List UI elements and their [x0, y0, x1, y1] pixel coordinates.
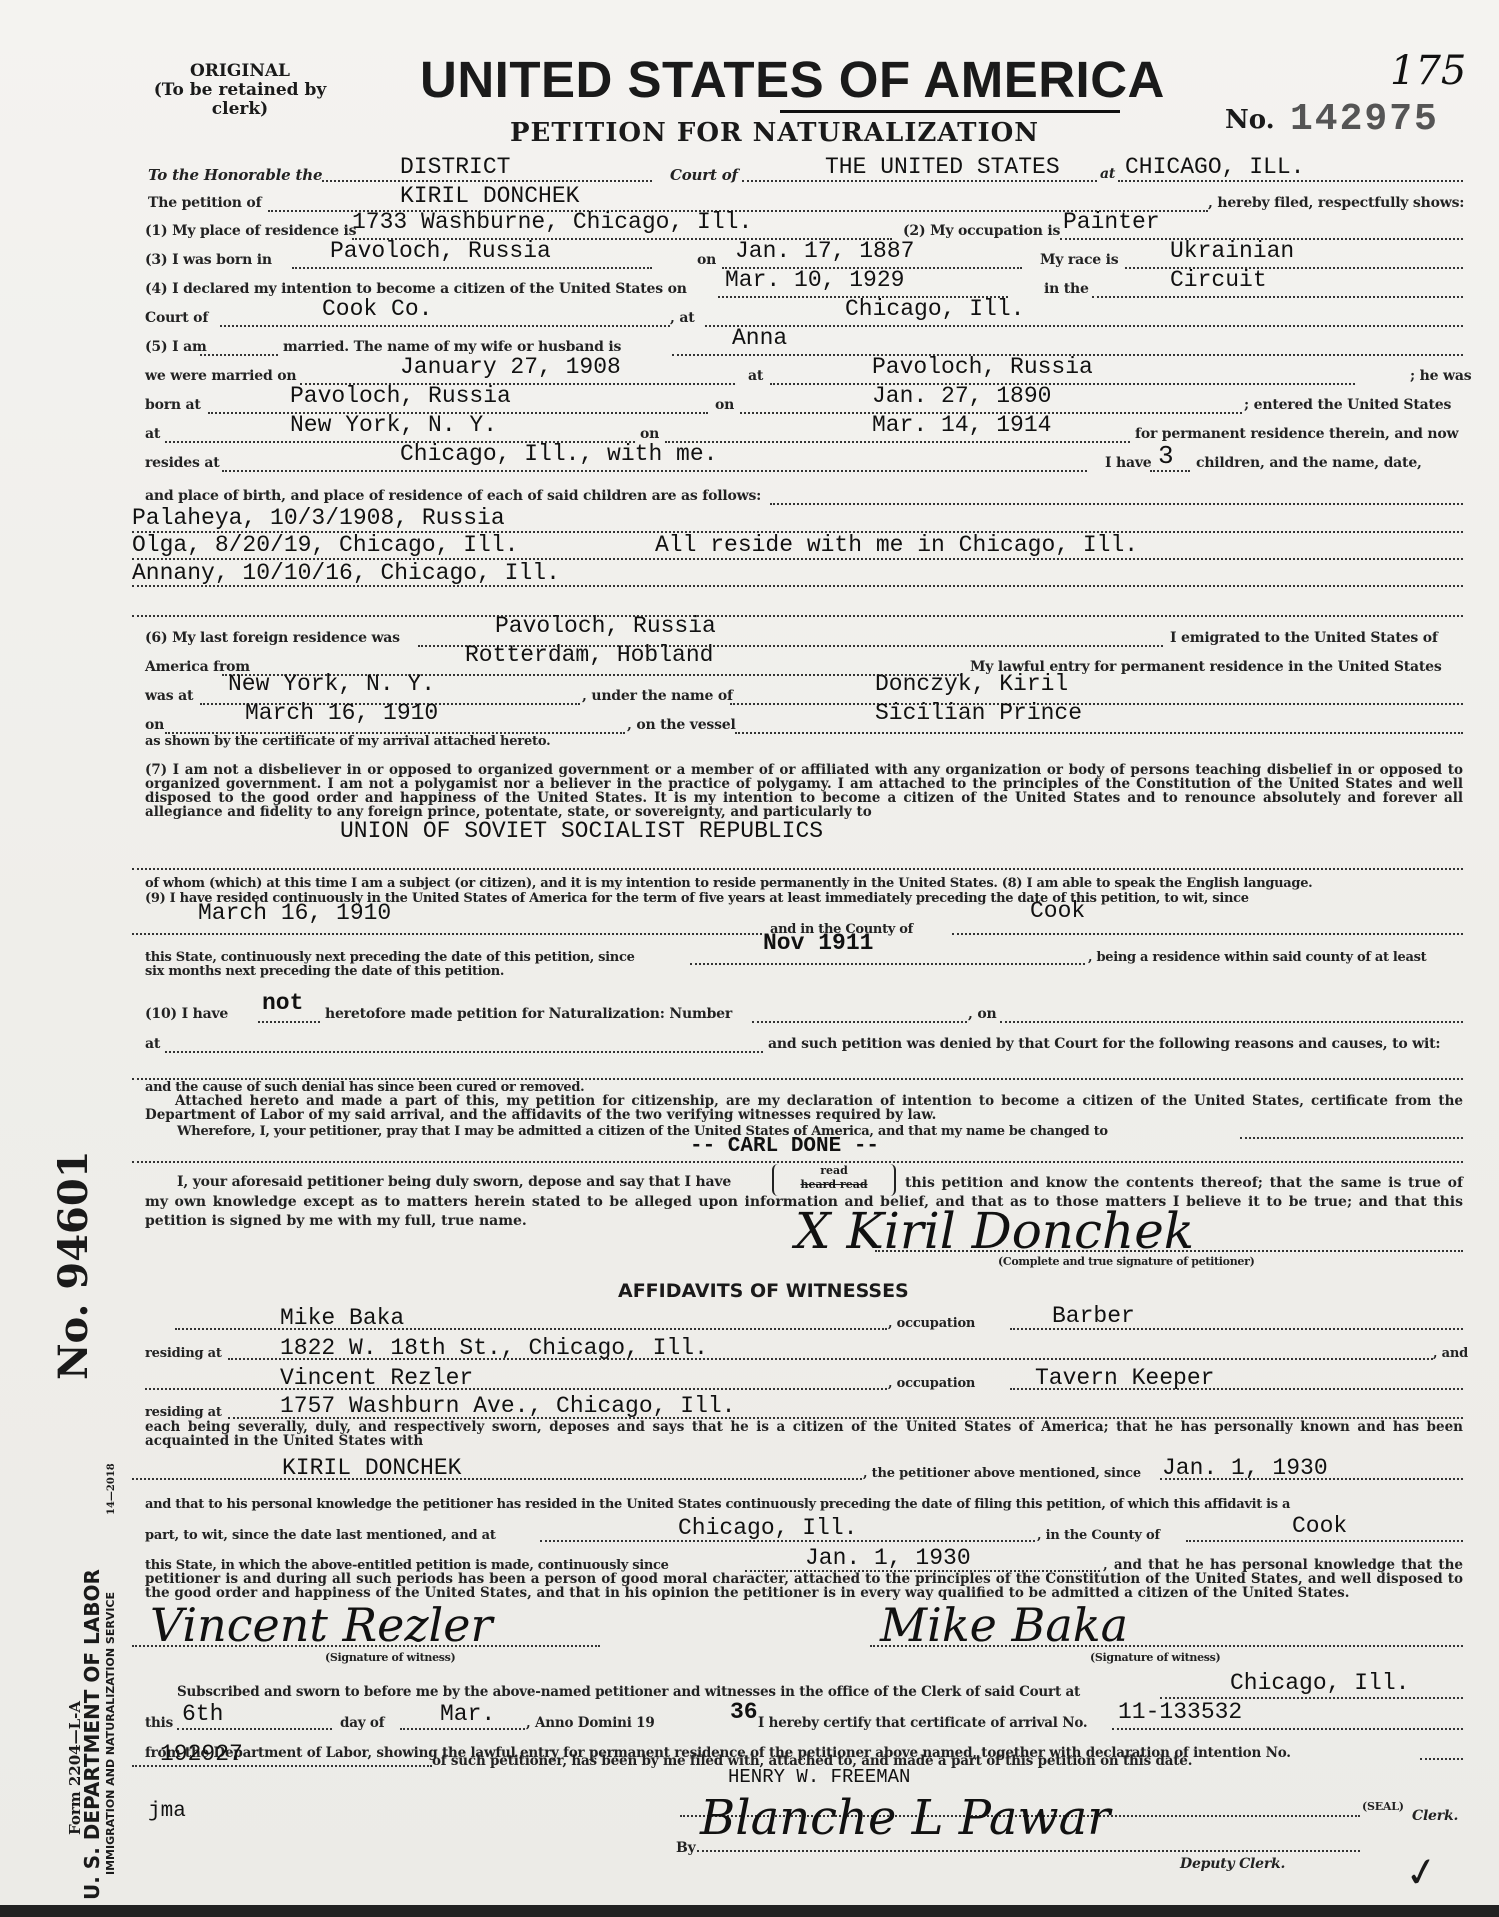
entry-date-value: March 16, 1910: [245, 700, 438, 726]
print-code: 14—2018: [106, 1463, 117, 1515]
spouse-entry-place-value: New York, N. Y.: [290, 412, 497, 438]
witness-caption-1: (Signature of witness): [325, 1650, 455, 1665]
witness-signature-mike: Mike Baka: [880, 1598, 1128, 1652]
last-residence-value: Pavoloch, Russia: [495, 613, 716, 639]
married-on-label: we were married on: [145, 368, 296, 384]
witness-1-residence: 1822 W. 18th St., Chicago, Ill.: [280, 1335, 708, 1361]
witness-1-name: Mike Baka: [280, 1305, 404, 1331]
spouse-birth-date-value: Jan. 27, 1890: [872, 383, 1051, 409]
birthplace-value: Pavoloch, Russia: [330, 238, 551, 264]
six-months-label: six months next preceding the date of th…: [145, 964, 504, 979]
marriage-date-value: January 27, 1908: [400, 354, 621, 380]
certificate-label: as shown by the certificate of my arriva…: [145, 734, 550, 749]
sworn-paragraph: each being severally, duly, and respecti…: [145, 1420, 1463, 1448]
child-1: Palaheya, 10/3/1908, Russia: [132, 505, 505, 531]
prior-petition-value: not: [262, 990, 303, 1016]
month-value: Mar.: [440, 1701, 495, 1727]
children-residence-note: All reside with me in Chicago, Ill.: [655, 532, 1138, 558]
character-text: , and that he has personal knowledge tha…: [145, 1558, 1463, 1600]
spouse-name-value: Anna: [732, 325, 787, 351]
am-label: (5) I am: [145, 339, 207, 355]
residence-within-label: , being a residence within said county o…: [1088, 950, 1426, 965]
born-in-label: (3) I was born in: [145, 252, 272, 268]
new-name-value: -- CARL DONE --: [690, 1135, 879, 1158]
witness-2-residing-label: residing at: [145, 1405, 222, 1420]
anno-domini-label: , Anno Domini 19: [526, 1715, 655, 1731]
part-label: part, to wit, since the date last mentio…: [145, 1528, 496, 1543]
witness-2-name: Vincent Rezler: [280, 1365, 473, 1391]
on-label: on: [697, 252, 716, 268]
title-rule: [780, 110, 1120, 113]
sovereign-value: UNION OF SOVIET SOCIALIST REPUBLICS: [340, 818, 823, 844]
spouse-residence-value: Chicago, Ill., with me.: [400, 441, 717, 467]
declaration-court-value: Circuit: [1170, 267, 1267, 293]
petition-number: 142975: [1290, 98, 1439, 141]
this-label: this: [145, 1715, 173, 1731]
clerk-name: HENRY W. FREEMAN: [728, 1766, 910, 1788]
by-label: By: [676, 1840, 696, 1856]
affidavit-county-label: , in the County of: [1037, 1528, 1160, 1543]
vessel-value: Sicilian Prince: [875, 700, 1082, 726]
children-count-value: 3: [1158, 441, 1174, 471]
witness-caption-2: (Signature of witness): [1090, 1650, 1220, 1665]
clerk-initials: jma: [148, 1800, 186, 1823]
stub-number: No. 94601: [50, 1150, 97, 1380]
entry-at-label: at: [145, 426, 160, 442]
emigrated-label: I emigrated to the United States of: [1170, 630, 1438, 646]
day-value: 6th: [182, 1701, 223, 1727]
witness-2-residence: 1757 Washburn Ave., Chicago, Ill.: [280, 1393, 735, 1419]
declaration-city-value: Chicago, Ill.: [845, 296, 1024, 322]
under-name-label: , under the name of: [582, 688, 733, 704]
affidavit-county-value: Cook: [1292, 1513, 1347, 1539]
jurat-location-value: Chicago, Ill.: [1230, 1670, 1409, 1696]
honorable-label: To the Honorable the: [148, 166, 322, 184]
court-location: CHICAGO, ILL.: [1125, 154, 1304, 180]
deputy-clerk-signature: Blanche L Pawar: [700, 1790, 1110, 1846]
spouse-born-on-label: on: [715, 397, 734, 413]
seal-label: (SEAL): [1362, 1800, 1404, 1813]
spouse-born-label: born at: [145, 397, 201, 413]
declared-label: (4) I declared my intention to become a …: [145, 281, 687, 297]
day-of-label: day of: [340, 1715, 384, 1731]
married-label: married. The name of my wife or husband …: [283, 339, 621, 355]
entry-on-label-2: on: [145, 717, 164, 733]
filed-label: , hereby filed, respectfully shows:: [1208, 195, 1464, 211]
state-since-value: Nov 1911: [763, 930, 873, 956]
and-label: , and: [1433, 1346, 1468, 1361]
occupation-value: Painter: [1063, 209, 1160, 235]
wherefore-paragraph: Wherefore, I, your petitioner, pray that…: [177, 1124, 1108, 1139]
document-subtitle: PETITION FOR NATURALIZATION: [510, 118, 1039, 148]
naturalization-petition-page: ORIGINAL (To be retained by clerk) UNITE…: [0, 0, 1499, 1917]
allegiance-paragraph: (7) I am not a disbeliever in or opposed…: [145, 763, 1463, 819]
child-3: Annany, 10/10/16, Chicago, Ill.: [132, 560, 560, 586]
deputy-clerk-label: Deputy Clerk.: [1180, 1856, 1285, 1872]
occupation-label: (2) My occupation is: [903, 223, 1060, 239]
attached-paragraph: Attached hereto and made a part of this,…: [145, 1094, 1463, 1122]
prior-at-label: at: [145, 1036, 160, 1052]
year-value: 36: [730, 1699, 758, 1725]
spouse-entry-date-value: Mar. 14, 1914: [872, 412, 1051, 438]
court-of-label-2: Court of: [145, 310, 208, 326]
heretofore-label: heretofore made petition for Naturalizat…: [325, 1006, 732, 1022]
resided-at-value: Chicago, Ill.: [678, 1515, 857, 1541]
checkmark-icon: ✓: [1401, 1847, 1442, 1898]
resides-label: resides at: [145, 455, 219, 471]
witness-2-occupation: Tavern Keeper: [1035, 1365, 1214, 1391]
entered-label: ; entered the United States: [1244, 397, 1451, 413]
petition-of-label: The petition of: [148, 195, 261, 211]
resided-since-value: March 16, 1910: [198, 900, 391, 926]
witness-signature-vincent: Vincent Rezler: [150, 1598, 492, 1652]
affidavit-petitioner-name: KIRIL DONCHEK: [282, 1455, 461, 1481]
clerk-label: Clerk.: [1412, 1808, 1458, 1824]
original-block: ORIGINAL (To be retained by clerk): [150, 62, 330, 119]
witness-1-occupation: Barber: [1052, 1303, 1135, 1329]
denied-label: and such petition was denied by that Cou…: [768, 1036, 1440, 1052]
knowledge-line: and that to his personal knowledge the p…: [145, 1497, 1463, 1512]
petitioner-signature-caption: (Complete and true signature of petition…: [998, 1254, 1255, 1269]
witness-1-occupation-label: , occupation: [888, 1316, 975, 1331]
known-since-value: Jan. 1, 1930: [1162, 1455, 1328, 1481]
court-of-label: Court of: [670, 166, 738, 184]
petitioner-name: KIRIL DONCHEK: [400, 183, 579, 209]
residence-label: (1) My place of residence is: [145, 223, 356, 239]
in-the-label: in the: [1044, 281, 1089, 297]
have-label: I have: [1105, 455, 1152, 471]
at-label: at: [1100, 166, 1115, 182]
prior-have-label: (10) I have: [145, 1006, 228, 1022]
court-type: DISTRICT: [400, 154, 510, 180]
witness-1-residing-label: residing at: [145, 1346, 222, 1361]
county-value: Cook: [1030, 898, 1085, 924]
was-at-label: was at: [145, 688, 193, 704]
emigrated-from-value: Rotterdam, Hobland: [465, 642, 713, 668]
service-name: IMMIGRATION AND NATURALIZATION SERVICE: [104, 1592, 117, 1875]
entry-port-value: New York, N. Y.: [228, 671, 435, 697]
last-residence-label: (6) My last foreign residence was: [145, 630, 400, 646]
children-intro: and place of birth, and place of residen…: [145, 488, 761, 504]
marriage-at-label: at: [748, 368, 763, 384]
subject-line: of whom (which) at this time I am a subj…: [145, 876, 1463, 891]
no-label: No.: [1225, 105, 1275, 135]
birth-date-value: Jan. 17, 1887: [735, 238, 914, 264]
declaration-county-value: Cook Co.: [322, 296, 432, 322]
race-label: My race is: [1040, 252, 1118, 268]
declaration-date-value: Mar. 10, 1929: [725, 267, 904, 293]
certificate-no-value: 11-133532: [1118, 1699, 1242, 1725]
original-note: (To be retained by clerk): [150, 81, 330, 119]
department-name: U. S. DEPARTMENT OF LABOR: [80, 1569, 104, 1900]
declaration-no-value: 192927: [160, 1741, 243, 1767]
at-label-2: , at: [670, 310, 695, 326]
vessel-label: , on the vessel: [627, 717, 736, 733]
original-label: ORIGINAL: [150, 62, 330, 81]
witness-2-occupation-label: , occupation: [888, 1376, 975, 1391]
child-2: Olga, 8/20/19, Chicago, Ill.: [132, 532, 518, 558]
entry-on-label: on: [640, 426, 659, 442]
children-label: children, and the name, date,: [1196, 455, 1422, 471]
permanent-label: for permanent residence therein, and now: [1135, 426, 1458, 442]
certify-label: I hereby certify that certificate of arr…: [758, 1715, 1087, 1731]
scan-bottom-edge: [0, 1905, 1499, 1917]
prior-on-label: , on: [968, 1006, 996, 1022]
court-name: THE UNITED STATES: [825, 154, 1060, 180]
state-since-label: this State, continuously next preceding …: [145, 950, 635, 965]
he-was-label: ; he was: [1410, 368, 1471, 384]
entry-name-value: Donczyk, Kiril: [875, 671, 1068, 697]
document-title: UNITED STATES OF AMERICA: [420, 50, 1165, 109]
subscribed-label: Subscribed and sworn to before me by the…: [177, 1684, 1080, 1700]
affidavits-title: AFFIDAVITS OF WITNESSES: [618, 1280, 909, 1302]
residence-value: 1733 Washburne, Chicago, Ill.: [352, 209, 752, 235]
petitioner-mentioned-label: , the petitioner above mentioned, since: [863, 1466, 1141, 1481]
marriage-place-value: Pavoloch, Russia: [872, 354, 1093, 380]
handwritten-number: 175: [1390, 48, 1466, 94]
race-value: Ukrainian: [1170, 238, 1294, 264]
spouse-birthplace-value: Pavoloch, Russia: [290, 383, 511, 409]
